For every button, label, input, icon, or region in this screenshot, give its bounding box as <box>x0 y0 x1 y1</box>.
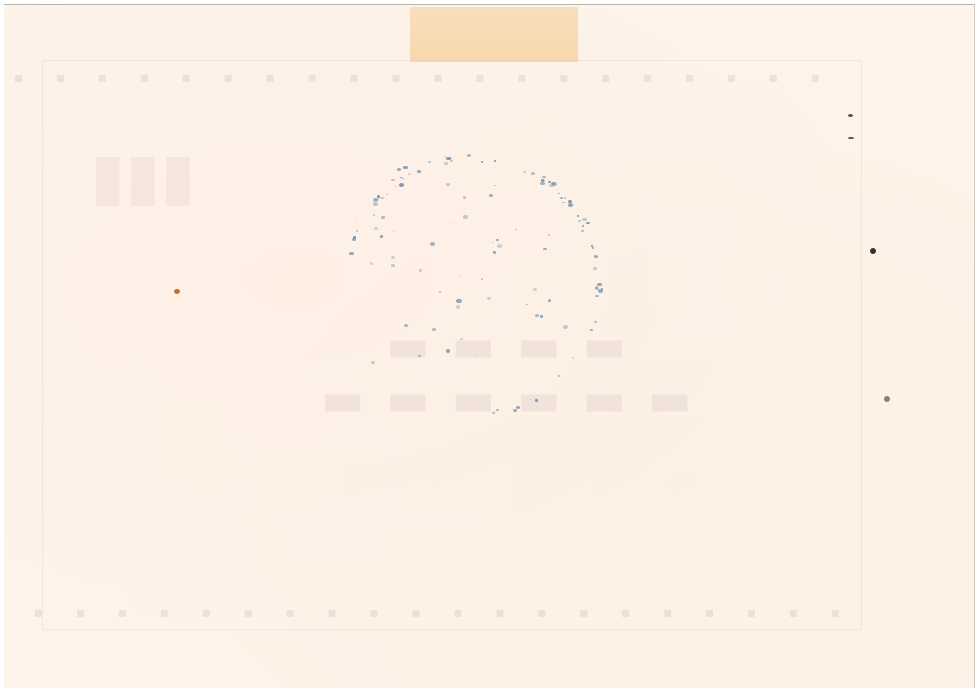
dark-speck <box>884 396 890 402</box>
show-through-top-text: ▪ ▪ ▪ ▪ ▪ ▪ ▪ ▪ ▪ ▪ ▪ ▪ ▪ ▪ ▪ ▪ ▪ ▪ ▪ ▪ … <box>60 70 820 86</box>
show-through-numeral: ▮▮▮ <box>90 140 196 214</box>
orange-stain <box>174 289 180 294</box>
dark-speck <box>848 137 854 139</box>
circular-stamp <box>320 155 620 425</box>
show-through-bottom-text: ▪ ▪ ▪ ▪ ▪ ▪ ▪ ▪ ▪ ▪ ▪ ▪ ▪ ▪ ▪ ▪ ▪ ▪ ▪ ▪ … <box>60 605 840 621</box>
dark-speck <box>848 114 853 117</box>
tape-patch <box>410 7 578 62</box>
dark-speck <box>870 248 876 254</box>
